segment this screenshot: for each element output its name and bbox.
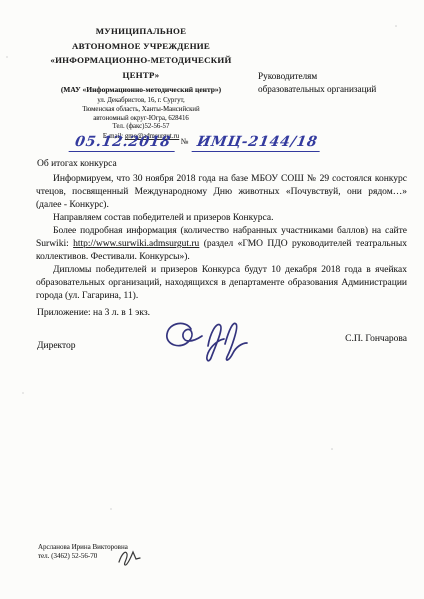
letterhead: МУНИЦИПАЛЬНОЕ АВТОНОМНОЕ УЧРЕЖДЕНИЕ «ИНФ… — [25, 24, 257, 141]
body-paragraph: Более подробная информация (количество н… — [36, 225, 407, 264]
org-name-line: АВТОНОМНОЕ УЧРЕЖДЕНИЕ — [25, 39, 257, 54]
scan-speck — [22, 392, 24, 394]
org-name-line: МУНИЦИПАЛЬНОЕ — [25, 24, 257, 39]
signer-name: С.П. Гончарова — [300, 334, 407, 344]
signer-position: Директор — [37, 341, 76, 351]
body-paragraph: Дипломы победителей и призеров Конкурса … — [36, 264, 407, 303]
scan-speck — [395, 25, 397, 27]
org-name-line: «ИНФОРМАЦИОННО-МЕТОДИЧЕСКИЙ — [25, 53, 257, 68]
executor-phone: тел. (3462) 52-56-70 — [38, 552, 128, 561]
attachment-note: Приложение: на 3 л. в 1 экз. — [37, 308, 150, 318]
org-name-line: ЦЕНТР» — [25, 68, 257, 83]
org-short-name: (МАУ «Информационно-методический центр») — [25, 85, 257, 95]
executor-block: Арсланова Ирина Викторовна тел. (3462) 5… — [38, 543, 128, 561]
address-line: ул. Декабристов, 16, г. Сургут, — [25, 97, 257, 106]
body-paragraph: Информируем, что 30 ноября 2018 года на … — [36, 173, 407, 212]
body-paragraph: Направляем состав победителей и призеров… — [36, 212, 407, 225]
director-signature-scribble — [158, 314, 258, 364]
scan-speck — [110, 508, 112, 510]
letter-body: Информируем, что 30 ноября 2018 года на … — [36, 173, 407, 303]
number-sign: № — [181, 137, 189, 146]
scanned-letter-page: МУНИЦИПАЛЬНОЕ АВТОНОМНОЕ УЧРЕЖДЕНИЕ «ИНФ… — [0, 0, 424, 599]
phone-line: Тел. (факс)52-56-57 — [25, 123, 257, 132]
scan-speck — [6, 56, 8, 58]
surwiki-url-link[interactable]: http://www.surwiki.admsurgut.ru — [73, 239, 199, 249]
address-line: Тюменская область, Ханты-Мансийский — [25, 106, 257, 115]
addressee-line: Руководителям — [258, 70, 410, 83]
executor-initials-scribble — [116, 548, 142, 568]
handwritten-date: 05.12.2018 — [69, 134, 178, 152]
handwritten-outgoing-number: ИМЦ-2144/18 — [192, 134, 323, 152]
scan-speck — [331, 448, 333, 450]
addressee-line: образовательных организаций — [258, 83, 410, 96]
addressee-block: Руководителям образовательных организаци… — [258, 70, 410, 96]
reference-line: 05.12.2018 № ИМЦ-2144/18 — [70, 133, 310, 152]
executor-name: Арсланова Ирина Викторовна — [38, 543, 128, 552]
subject-line: Об итогах конкурса — [37, 159, 117, 169]
